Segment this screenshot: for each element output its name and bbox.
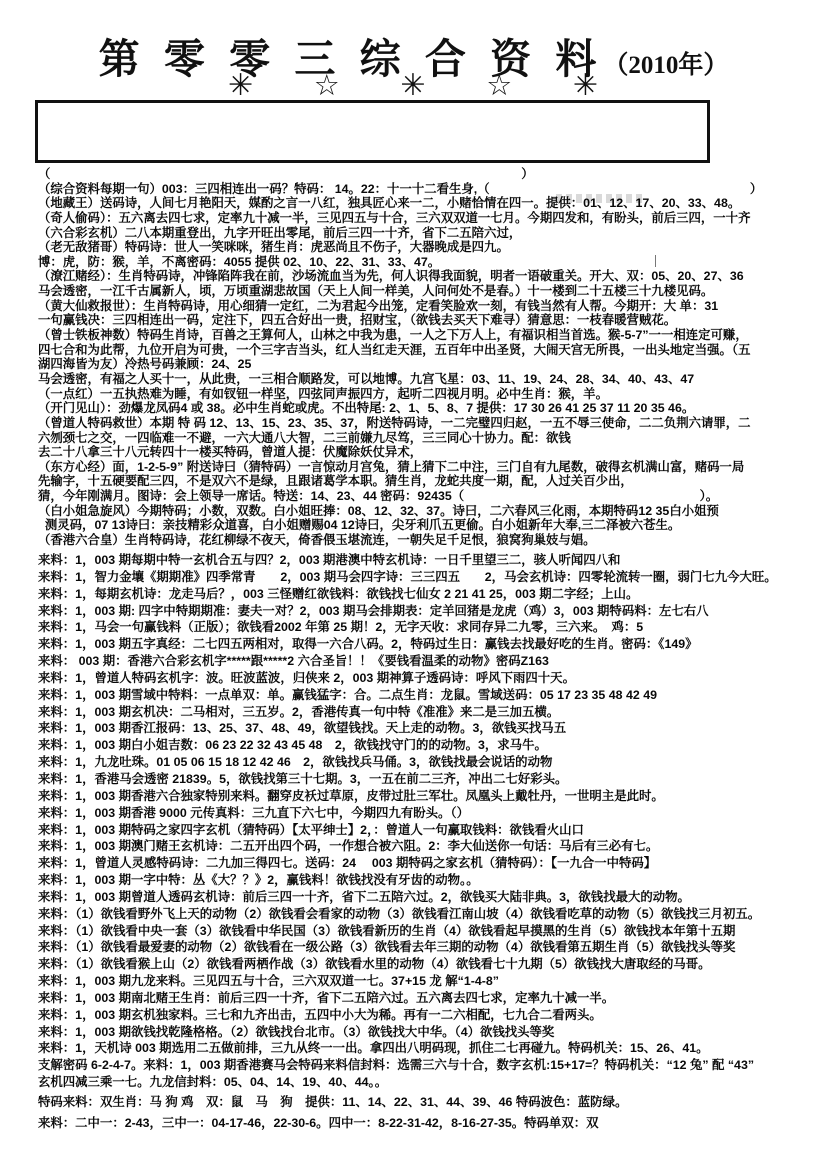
text-line: 来料：1，香港马会透密 21839。5，欲钱找第三十七期。3，一五在前二三齐，冲… <box>38 771 827 788</box>
text-line: 来料：1，九龙吐珠。01 05 06 15 18 12 42 46 2，欲钱找兵… <box>38 754 827 771</box>
document-page: 第 零 零 三 综 合 资 料（2010年） ✳☆✳☆✳ （ ）（综合资料每期一… <box>0 0 827 1156</box>
blank-header-box <box>35 100 710 163</box>
text-line: 来料：1，003 期白小姐吉数：06 23 22 32 43 45 48 2，欲… <box>38 737 827 754</box>
text-block-top: （ ）（综合资料每期一句）003：三四相连出一码？特码： 14。22：十一十二看… <box>38 167 827 548</box>
text-line: 六刎颈七之交，一四临难一不避，一六大通八大智，二三前嫌九尽笃，三三同心十协力。配… <box>38 431 827 446</box>
text-line: 来料：1，003 期: 四字中特期期准：妻夫一对？2，003 期马会排期表：定羊… <box>38 603 827 620</box>
text-line: （黄大仙救报世）：生肖特码诗，用心细猜一定红，二为君起今出笼，定看笑脸欢一刻，有… <box>38 299 827 314</box>
text-line: 来料：（1）欲钱看野外飞上天的动物（2）欲钱看会看家的动物（3）欲钱看江南山坡（… <box>38 906 827 923</box>
text-line: 猜，今年刚满月。图诗：会上领导一席话。特送：14、23、44 密码：92435（… <box>38 489 827 504</box>
text-line: （白小姐急旋风）今期特码；小数，双数。白小姐旺捧：08、12、32、37。诗曰，… <box>38 504 827 519</box>
text-line: 来料：1，003 期澳门赌王玄机诗：二五开出四个码，一作想合被六阻。2：李大仙送… <box>38 838 827 855</box>
star-icon: ☆ <box>314 72 340 101</box>
text-line: 来料：1，每期玄机诗：龙走马后？，003 三怪赠红欲钱料：欲钱找七仙女 2 21… <box>38 586 827 603</box>
text-line: 博：虎，防：猴，羊，不离密码：4055 提供 02、10、22、31、33、47… <box>38 255 827 270</box>
text-line: 来料：1，曾道人灵感特码诗：二九加三得四七。送码：24 003 期特码之家玄机（… <box>38 855 827 872</box>
text-line: 来料：1，曾道人特码玄机字：波。旺波蓝波，归侠来 2，003 期神算子透码诗：呼… <box>38 670 827 687</box>
text-line: 来料：（1）欲钱看中央一套（3）欲钱看中华民国（3）欲钱看新历的生肖（4）欲钱看… <box>38 923 827 940</box>
text-line: 来料：1，003 期香江报码：13、25、37、48、49，欲望钱找。天上走的动… <box>38 720 827 737</box>
text-line: （开门见山）：劲爆龙凤码4 或 38。必中生肖蛇或虎。不出特尾: 2、1、5、8… <box>38 401 827 416</box>
text-line: （一点红）一五执热难为睡，有如钗钮一样坚，四弦同声振四方，起听二四视月明。必中生… <box>38 387 827 402</box>
text-line: 马会透密，一江千古属新人，顷，万顷重湖悲故国（天上人间一样美，人问何处不是春。）… <box>38 284 827 299</box>
text-line: 来料：1，智力金壤《期期准》四季常青 2，003 期马会四字诗：三三四五 2，马… <box>38 569 827 586</box>
text-line: （香港六合皇）生肖特码诗，花红柳绿不夜天，倚香偎玉堪流连，一朝失足千足恨，狼窝狗… <box>38 533 827 548</box>
text-line: （老无敌猪哥）特码诗：世人一笑咪咪，猪生肖：虎恶尚且不伤子，大器晚成是四九。 <box>38 240 827 255</box>
text-line: 先输字，十五硬要配三四，不是双六不是绿，且跟诸葛学本职。猜生肖，龙蛇共度一期，配… <box>38 474 827 489</box>
text-line: 去二十八拿三十八元转四十一楼买特码，曾道人提：伏魔除妖仗异术， <box>38 445 827 460</box>
text-line: 来料：1，003 期五字真经：二七四五两相对，取得一六合八码。2，特码过生日：赢… <box>38 636 827 653</box>
text-line: 来料：1，003 期南北赌王生肖：前后三四一十齐，省下二五陪六过。五六离去四七求… <box>38 990 827 1007</box>
page-title-year: （2010年） <box>603 52 728 79</box>
text-line: 马会透密，有福之人买十一，从此贵，一三相合顺路发，可以地博。九宫飞星：03、11… <box>38 372 827 387</box>
text-line: 湖四海皆为友）冷热号码兼顾：24、25 <box>38 357 827 372</box>
text-line: 测灵码，07 13诗曰：亲技精彩众道喜，白小姐赠赐04 12诗曰，尖牙利爪五更偷… <box>38 518 827 533</box>
text-line: 来料：（1）欲钱看猴上山（2）欲钱看两栖作战（3）欲钱看水里的动物（4）欲钱看七… <box>38 956 827 973</box>
text-line: （地藏王）送码诗，人间七月艳阳天，媒酌之言一八红，独具匠心来一二，小赌恰情在四一… <box>38 196 827 211</box>
text-line: 来料：1，003 期曾道人透码玄机诗：前后三四一十齐，省下二五陪六过。2，欲钱买… <box>38 889 827 906</box>
text-line: 来料：1，马会一句赢钱料（正版）；欲钱看2002 年第 25 期！2，无字天收：… <box>38 619 827 636</box>
text-line: 来料： 003 期：香港六合彩玄机字*****跟*****2 六合圣旨！！《要钱… <box>38 653 827 670</box>
text-line: （ ） <box>38 167 827 182</box>
star-icon: ☆ <box>486 72 512 101</box>
text-line: 来料：1，003 期一字中特：丛《大？？》2，赢钱料！欲钱找没有牙齿的动物。。 <box>38 872 827 889</box>
text-line: （潦江赌经）：生肖特码诗，冲锋陷阵我在前，沙场流血当为先，何人识得我面貌，明者一… <box>38 269 827 284</box>
text-line: 来料：1，003 期香港六合独家特别来料。翻穿皮袄过草原，皮带过肚三军壮。凤凰头… <box>38 788 827 805</box>
text-line: 一句赢钱决：三四相连出一码，定注下，四五合好出一贵，招财宝，（欲钱去买天下难寻）… <box>38 313 827 328</box>
star-icon: ✳ <box>228 71 253 101</box>
text-line: （六合彩玄机）二八本期重登出，九字开旺出零尾，前后三四一十齐，省下二五陪六过， <box>38 226 827 241</box>
decorative-stars: ✳☆✳☆✳ <box>228 68 598 104</box>
text-line: （曾道人特码救世）本期 特 码 12、13、15、23、35、37，附送特码诗，… <box>38 416 827 431</box>
text-line: 来料：二中一：2-43，三中一：04-17-46，22-30-6。四中一：8-2… <box>38 1115 827 1132</box>
text-line: 特码来料：双生肖：马 狗 鸡 双：鼠 马 狗 提供：11、14、22、31、44… <box>38 1094 827 1111</box>
text-line: （综合资料每期一句）003：三四相连出一码？特码： 14。22：十一十二看生身,… <box>38 182 827 197</box>
text-line: （曾士铁板神数）特码生肖诗，百兽之王算何人，山林之中我为患，一人之下万人上，有福… <box>38 328 827 343</box>
text-block-bottom: 来料：1，003 期每期中特一玄机合五与四？2，003 期港澳中特玄机诗：一日千… <box>38 552 827 1156</box>
text-line: 来料：1，003 期玄机决：二马相对，三五岁。2，香港传真一句中特《准准》来二是… <box>38 704 827 721</box>
text-line: （东方心经）面，1-2-5-9” 附送诗曰（猜特码）一言惊动月宫兔，猜上猜下二中… <box>38 460 827 475</box>
text-line: 四七合和为此帮，九位开启为可贵，一个三字吉当头，红人当红走天涯，五百年中出圣贤，… <box>38 343 827 358</box>
text-line: 来料：1，003 期玄机独家料。三七和九齐出击，五四中小大为稀。再有一二六相配，… <box>38 1007 827 1024</box>
text-line: 来料：1，003 期雪域中特料：一点单双：单。赢钱猛字：合。二点生肖：龙鼠。雪域… <box>38 687 827 704</box>
text-line: 来料：（1）欲钱看最爱妻的动物（2）欲钱看在一级公路（3）欲钱看去年三期的动物（… <box>38 939 827 956</box>
text-line: 支解密码 6-2-4-7。来料：1，003 期香港赛马会特码来料信封料：选需三六… <box>38 1057 827 1074</box>
text-line: 来料：1，003 期香港 9000 元传真料：三九直下六七中，今期四九有盼头。（… <box>38 805 827 822</box>
text-line: 来料：1，003 期欲钱找乾隆格格。（2）欲钱找台北市。（3）欲钱找大中华。（4… <box>38 1024 827 1041</box>
text-line: 来料：1，003 期九龙来料。三见四五与十合，三六双双道一七。37+15 龙 解… <box>38 973 827 990</box>
text-line: 来料：1，003 期每期中特一玄机合五与四？2，003 期港澳中特玄机诗：一日千… <box>38 552 827 569</box>
text-line: 来料：1，天机诗 003 期选用二五做前排，三九从终一一出。拿四出八明码现，抓住… <box>38 1040 827 1057</box>
text-line: 来料：1，003 期特码之家四字玄机（猜特码）【太平绅士】2，：曾道人一句赢取钱… <box>38 822 827 839</box>
text-line: （奇人偷码）：五六离去四七求，定率九十减一半，三见四五与十合，三六双双道一七月。… <box>38 211 827 226</box>
star-icon: ✳ <box>400 71 425 101</box>
star-icon: ✳ <box>573 71 598 101</box>
text-line: 玄机四减三乘一七。九龙信封料：05、04、14、19、40、44。。 <box>38 1074 827 1091</box>
